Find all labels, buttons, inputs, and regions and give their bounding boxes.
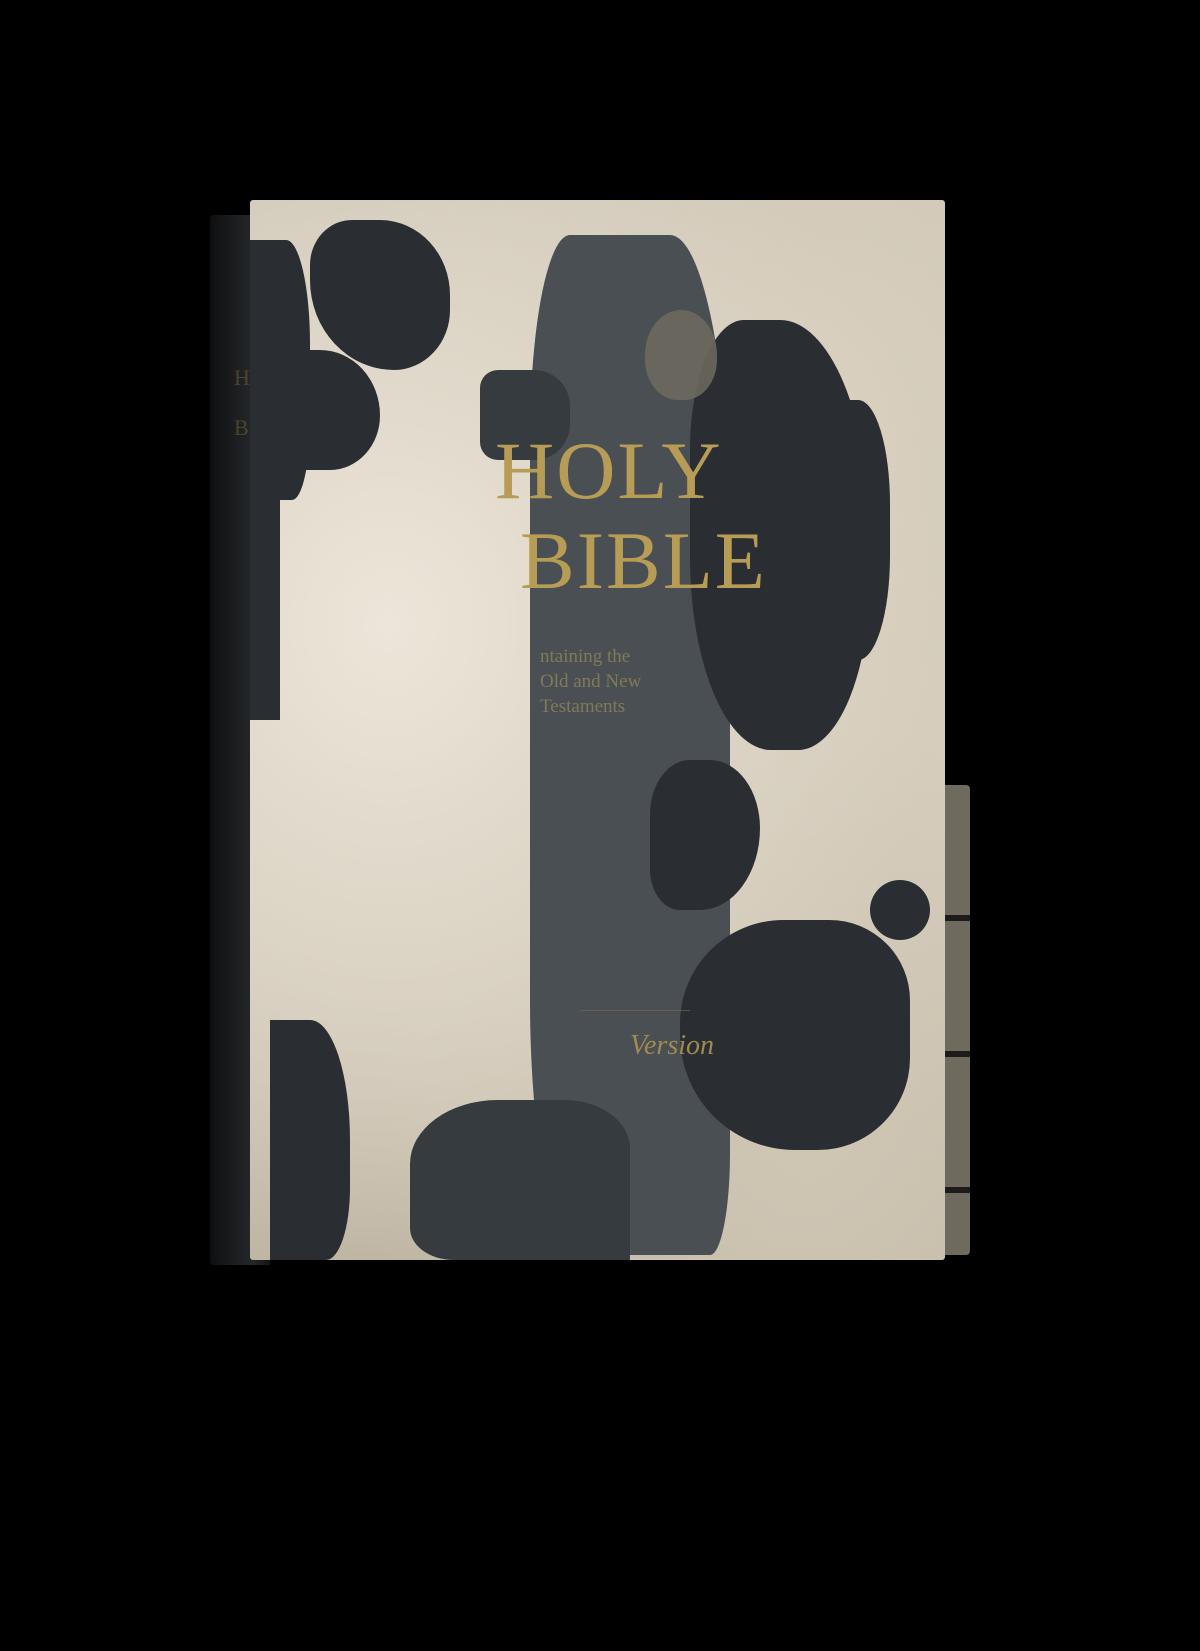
dark-patch — [680, 920, 910, 1150]
spine-letter: H — [234, 365, 250, 391]
dark-patch — [270, 350, 380, 470]
damaged-bible-book: H B HOLY BIBLE ntaining the Old and New … — [200, 195, 970, 1270]
dark-patch — [650, 760, 760, 910]
book-cover: HOLY BIBLE ntaining the Old and New Test… — [250, 200, 945, 1260]
title-holy: HOLY — [495, 430, 723, 512]
stain-drip — [645, 310, 717, 400]
photo-canvas: { "image": { "subject": "Weathered, fire… — [0, 0, 1200, 1651]
subtitle-line: Old and New — [540, 670, 641, 694]
dark-patch — [270, 1020, 350, 1260]
dark-patch — [250, 500, 280, 720]
subtitle-line: Testaments — [540, 695, 625, 719]
divider-rule — [580, 1010, 690, 1011]
dark-patch — [810, 400, 890, 660]
dark-patch — [870, 880, 930, 940]
subtitle-line: ntaining the — [540, 645, 630, 669]
dark-patch — [310, 220, 450, 370]
title-bible: BIBLE — [520, 520, 767, 602]
dark-patch — [410, 1100, 630, 1260]
spine-letter: B — [234, 415, 249, 441]
version-text: Version — [630, 1030, 714, 1062]
